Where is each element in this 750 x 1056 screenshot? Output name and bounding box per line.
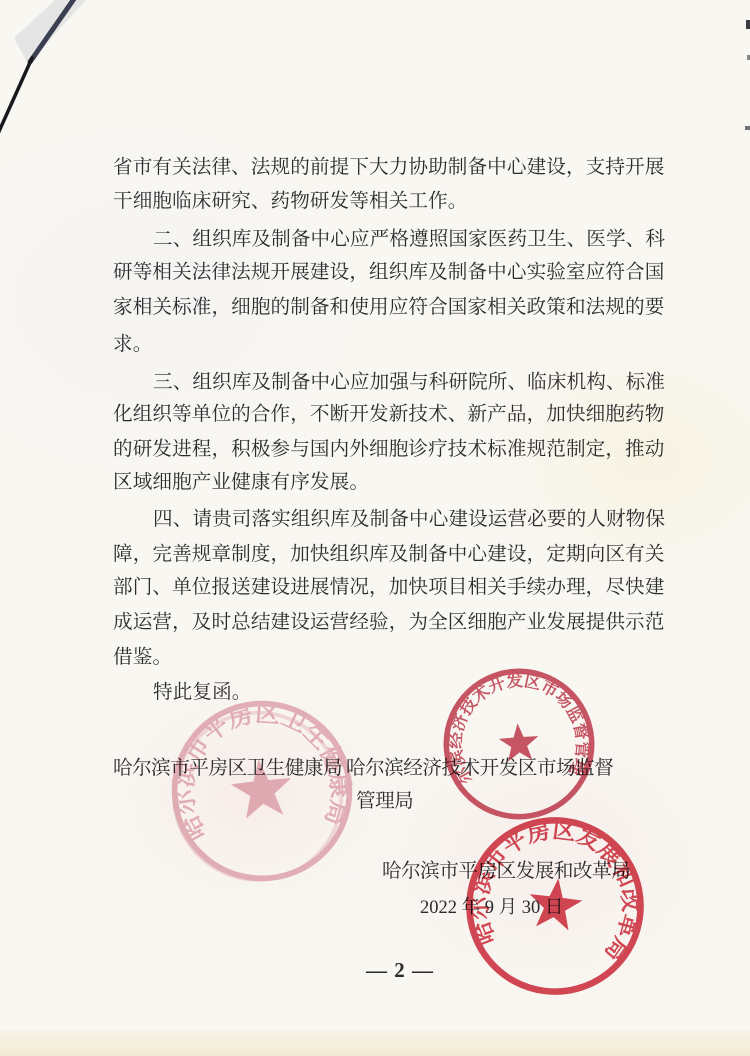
body-line: 部门、单位报送建设进展情况，加快项目相关手续办理，尽快建 [113, 574, 693, 602]
body-line: 家相关标准，细胞的制备和使用应符合国家相关政策和法规的要 [113, 294, 693, 322]
body-line: 的研发进程，积极参与国内外细胞诊疗技术标准规范制定，推动 [113, 436, 693, 464]
svg-text:哈尔滨市平房区发展和改革局: 哈尔滨市平房区发展和改革局 [460, 808, 655, 969]
body-line: 化组织等单位的合作，不断开发新技术、新产品，加快细胞药物 [113, 401, 693, 429]
signature-right-agency-line2: 管理局 [356, 784, 413, 813]
body-line: 四、请贵司落实组织库及制备中心建设运营必要的人财物保 [113, 506, 733, 534]
body-line: 借鉴。 [113, 644, 693, 672]
scan-speck [746, 20, 750, 29]
page-number: — 2 — [366, 958, 434, 983]
body-line: 特此复函。 [113, 679, 733, 707]
letter-date: 2022 年 9 月 30 日 [420, 893, 563, 919]
body-line: 区域细胞产业健康有序发展。 [113, 469, 693, 497]
signature-right-agency-line1: 哈尔滨经济技术开发区市场监督 [346, 751, 613, 780]
body-line: 研等相关法律法规开展建设，组织库及制备中心实验室应符合国 [113, 259, 693, 287]
body-line: 成运营，及时总结建设运营经验，为全区细胞产业发展提供示范 [113, 609, 693, 637]
official-seal-health-bureau: 哈尔滨市平房区卫生健康局 [158, 687, 367, 896]
signature-left-agency: 哈尔滨市平房区卫生健康局 [113, 751, 342, 780]
fold-crease [0, 0, 170, 180]
body-line: 二、组织库及制备中心应严格遵照国家医药卫生、医学、科 [113, 226, 733, 254]
scan-edge-shadow [0, 1030, 750, 1056]
body-line: 干细胞临床研究、药物研发等相关工作。 [113, 188, 693, 216]
body-line: 省市有关法律、法规的前提下大力协助制备中心建设，支持开展 [113, 154, 693, 182]
body-line: 三、组织库及制备中心应加强与科研院所、临床机构、标准 [113, 369, 733, 397]
body-line: 求。 [113, 331, 693, 359]
scan-speck [745, 126, 750, 130]
document-page: 省市有关法律、法规的前提下大力协助制备中心建设，支持开展干细胞临床研究、药物研发… [0, 0, 750, 1056]
body-line: 障，完善规章制度，加快组织库及制备中心建设，定期向区有关 [113, 541, 693, 569]
signature-right-agency2: 哈尔滨市平房区发展和改革局 [382, 854, 630, 883]
